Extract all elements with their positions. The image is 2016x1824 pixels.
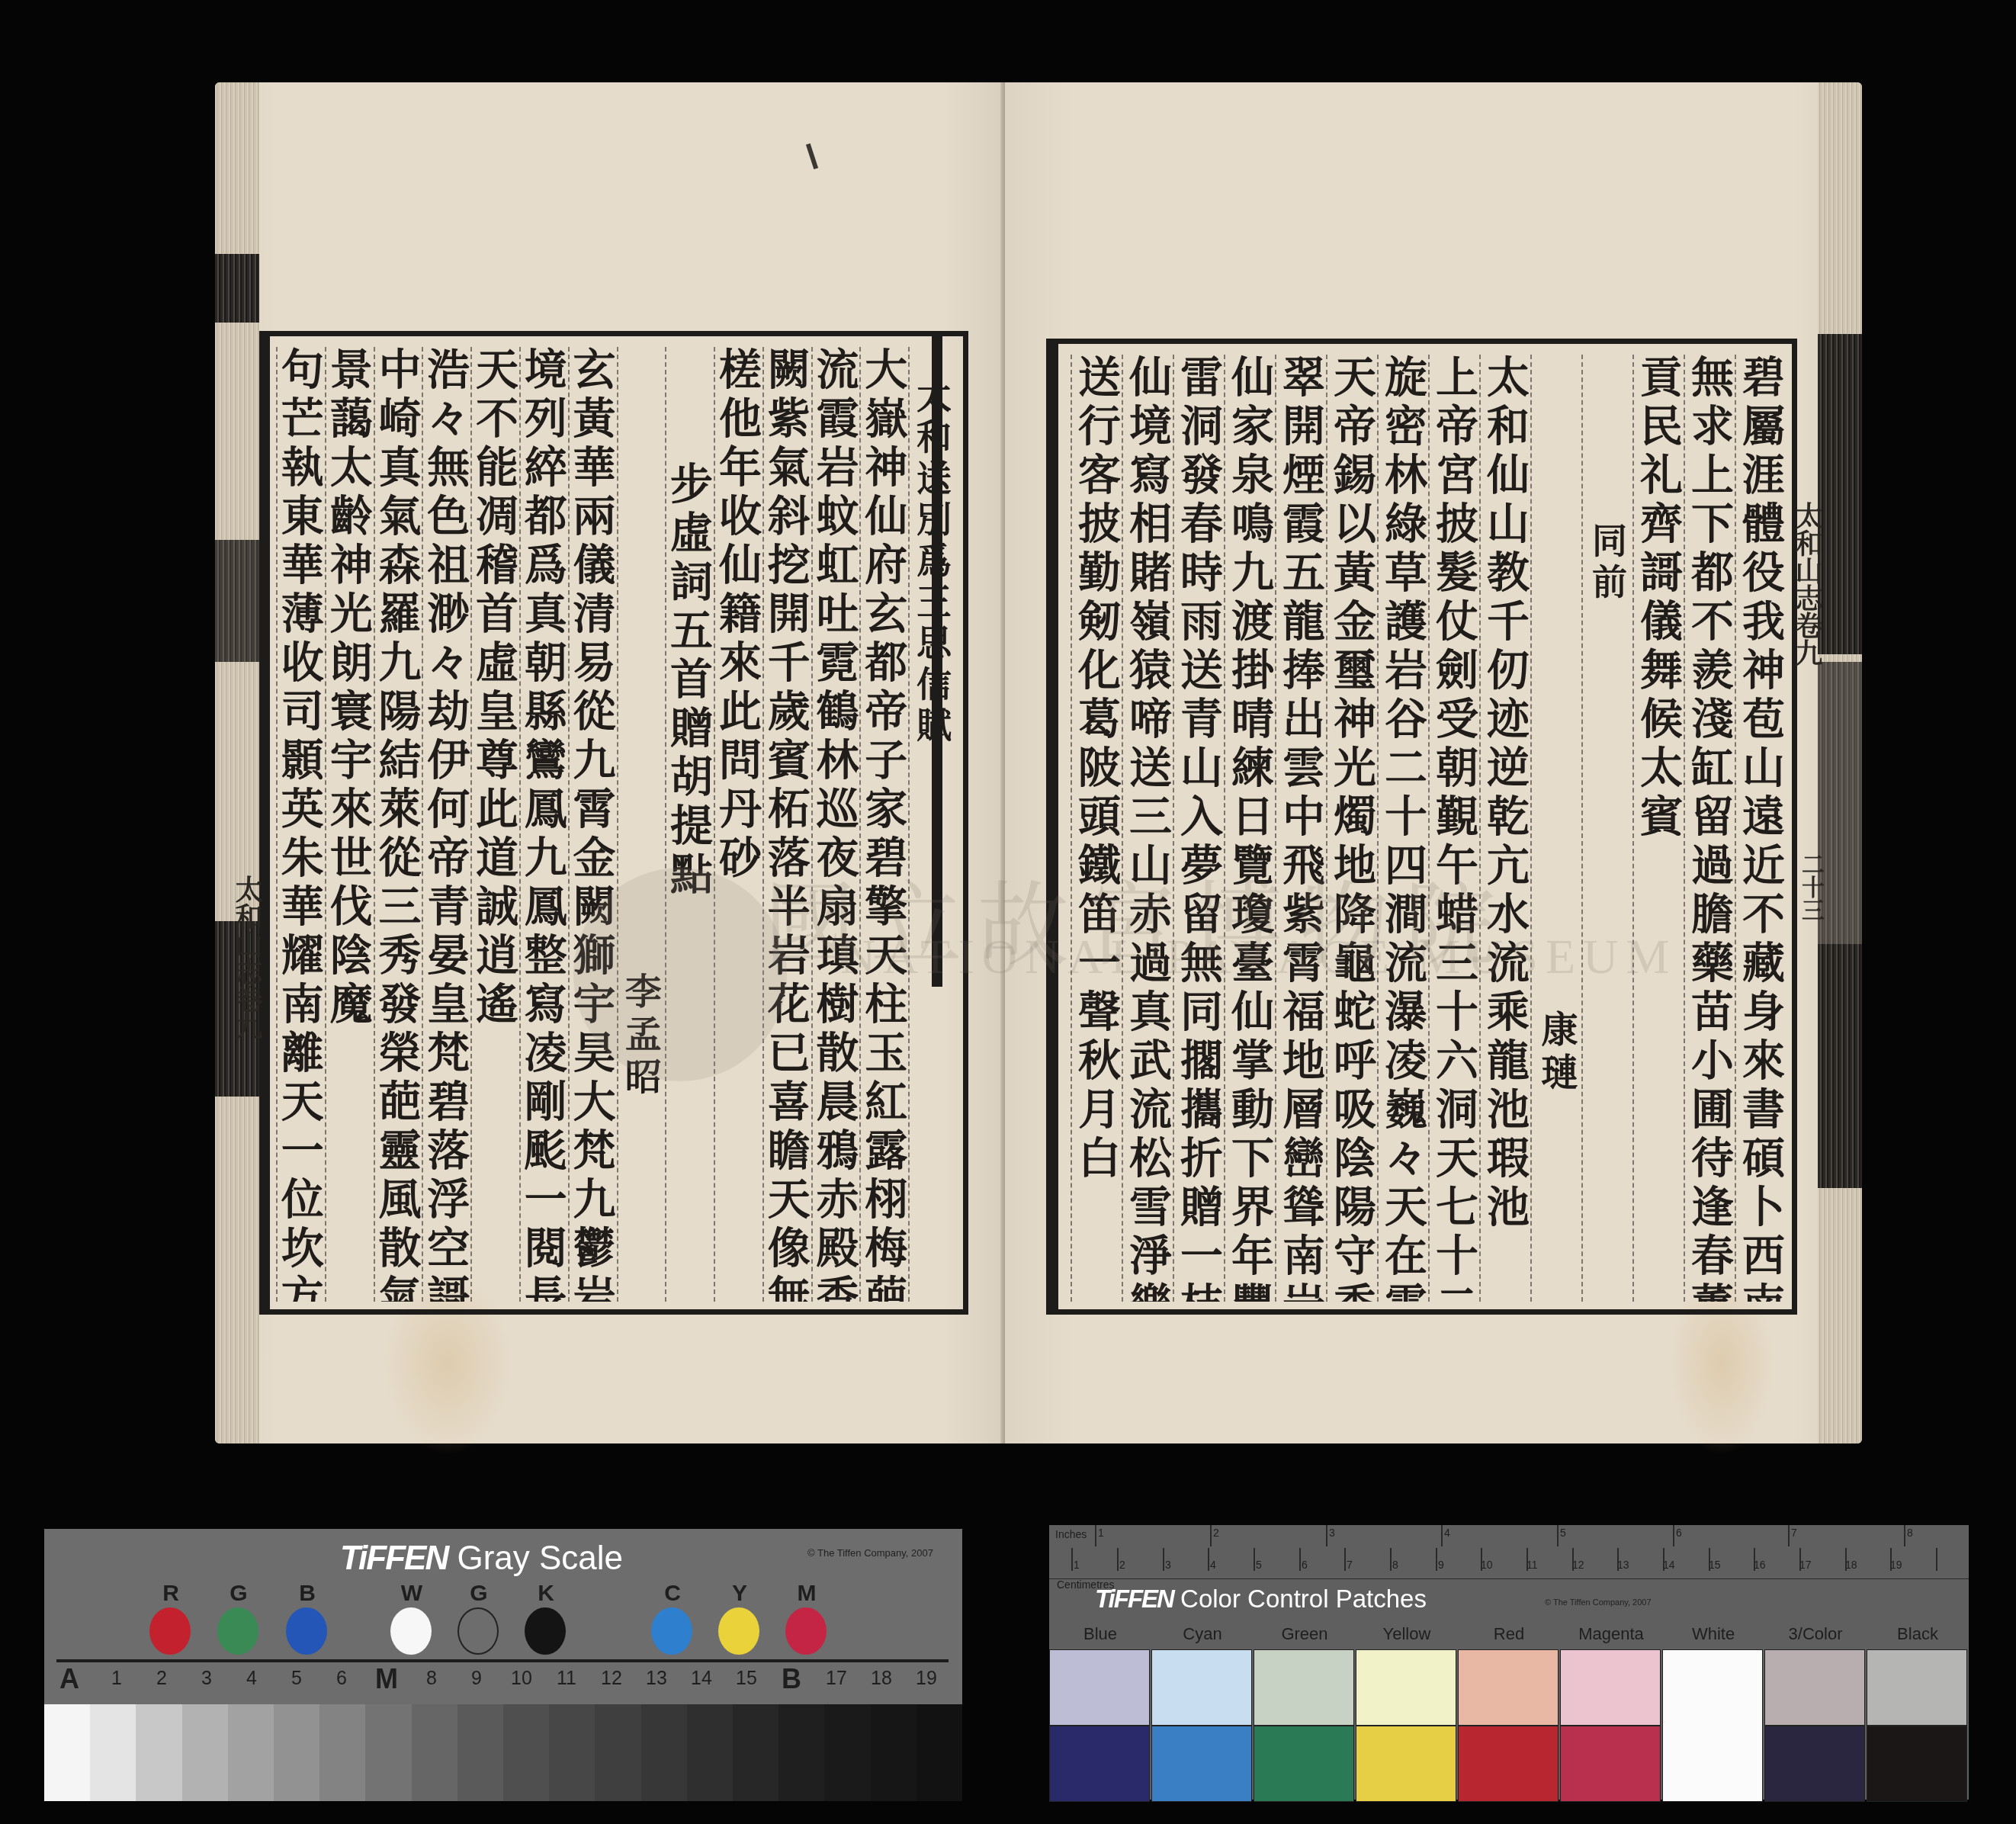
cm-mark: 17 <box>1799 1559 1812 1571</box>
patch-blue-dark <box>1049 1726 1150 1802</box>
text-column: 仙家泉鳴九渡掛晴練日覽瓊臺仙掌動下界年豐百穀登 <box>1224 355 1275 1302</box>
text-column: 無求上下都不羨淺缸留過膽藥苗小圃待逢春薰仙自有 <box>1684 355 1735 1302</box>
patch-yellow-dark <box>1356 1726 1456 1802</box>
step-label: 5 <box>278 1668 316 1690</box>
watermark-english: NATIONAL PALACE MUSEUM <box>840 929 1677 985</box>
dot-label-w: W <box>389 1581 435 1607</box>
author-column: 康璉 <box>1530 355 1581 1302</box>
right-text-frame: 碧屬涯體役我神苞山遠近不藏身來書碩卜西南地結屋 無求上下都不羨淺缸留過膽藥苗小圃… <box>1046 339 1797 1315</box>
step-label: 4 <box>233 1668 271 1690</box>
cm-mark: 2 <box>1119 1559 1125 1571</box>
dot-label-g: G <box>216 1581 262 1607</box>
gray-scale-card: TiFFEN Gray Scale © The Tiffen Company, … <box>44 1529 962 1801</box>
left-banxin-title: 太和山志卷九 <box>213 875 267 1104</box>
red-dot <box>149 1607 191 1655</box>
text-column: 境列綷都爲真朝縣鸞鳳九鳳整寫凌剛颩一閱長生訣後 <box>519 347 568 1302</box>
open-book: 太和送別爲王思信賦 大嶽神仙府玄都帝子家碧擎天柱玉紅露栩梅葩石洞丹 流霞岩蚊虹吐… <box>215 82 1862 1443</box>
tiffen-logo: TiFFEN <box>1095 1585 1173 1613</box>
text-column: 翠開煙霞五龍捧出雲中飛紫霄福地層巒聳南岩削出神 <box>1275 355 1326 1302</box>
step-label: M <box>368 1663 406 1695</box>
inch-mark: 5 <box>1560 1527 1566 1539</box>
cm-mark: 14 <box>1663 1559 1675 1571</box>
cm-mark: 19 <box>1890 1559 1902 1571</box>
green-dot <box>217 1607 258 1655</box>
step-label: 8 <box>413 1668 451 1690</box>
patch-cyan-dark <box>1151 1726 1252 1802</box>
dot-label-c: C <box>650 1581 695 1607</box>
left-page: 太和送別爲王思信賦 大嶽神仙府玄都帝子家碧擎天柱玉紅露栩梅葩石洞丹 流霞岩蚊虹吐… <box>215 82 1005 1443</box>
step-label: 11 <box>547 1668 586 1690</box>
text-column: 浩々無色祖渺々劫伊何帝青晏皇梵碧落浮空謌蕭臺鬱 <box>422 347 470 1302</box>
dot-label-k: K <box>523 1581 569 1607</box>
gray-dot <box>457 1607 499 1655</box>
tiffen-logo: TiFFEN <box>340 1540 448 1577</box>
step-label: 13 <box>637 1668 676 1690</box>
card-title-text: Gray Scale <box>457 1540 623 1577</box>
patch-black-light <box>1867 1649 1967 1726</box>
step-label: 12 <box>592 1668 631 1690</box>
color-control-patches-card: Inches 1 2 3 4 5 6 7 8 1 2 3 4 5 6 7 8 9… <box>1049 1525 1969 1800</box>
cm-mark: 9 <box>1438 1559 1444 1571</box>
text-column: 太和仙山教千仞迹逆乾亢水流乘龍池瑕池 <box>1479 355 1530 1302</box>
inches-label: Inches <box>1055 1528 1087 1540</box>
text-column: 送行客披勤剱化葛陂頭鐵笛一聲秋月白 <box>1071 355 1122 1302</box>
step-label: 1 <box>98 1668 136 1690</box>
text-column: 闕紫氣斜挖開千歲賓柘落半岩花已喜瞻天像無由訪使 <box>762 347 811 1302</box>
cm-mark: 4 <box>1210 1559 1216 1571</box>
step-label: 6 <box>323 1668 361 1690</box>
cm-mark: 3 <box>1165 1559 1171 1571</box>
patch-label-green: Green <box>1254 1624 1356 1644</box>
step-label: 15 <box>727 1668 766 1690</box>
cm-mark: 15 <box>1709 1559 1721 1571</box>
step-label: 14 <box>682 1668 721 1690</box>
copyright-text: © The Tiffen Company, 2007 <box>807 1547 933 1559</box>
inch-mark: 7 <box>1791 1527 1797 1539</box>
text-column: 天不能凋稽首虛皇尊此道誠逍遙 <box>470 347 519 1302</box>
patch-3color-dark <box>1764 1726 1865 1802</box>
dot-label-g2: G <box>456 1581 502 1607</box>
cm-mark: 8 <box>1392 1559 1398 1571</box>
text-column: 碧屬涯體役我神苞山遠近不藏身來書碩卜西南地結屋 <box>1735 355 1786 1302</box>
magenta-dot <box>785 1607 827 1655</box>
black-dot <box>525 1607 566 1655</box>
text-column: 大嶽神仙府玄都帝子家碧擎天柱玉紅露栩梅葩石洞丹 <box>859 347 908 1302</box>
patch-label-white: White <box>1662 1624 1764 1644</box>
right-page: 碧屬涯體役我神苞山遠近不藏身來書碩卜西南地結屋 無求上下都不羨淺缸留過膽藥苗小圃… <box>1005 82 1862 1443</box>
right-leaf-number: 二十三 <box>1774 853 1827 959</box>
watermark-seal <box>573 868 787 1081</box>
cm-mark: 13 <box>1617 1559 1629 1571</box>
text-column: 上帝宮披髮仗劍受朝覲午蜡三十六洞天七十二峯左右 <box>1428 355 1479 1302</box>
left-text-frame: 太和送別爲王思信賦 大嶽神仙府玄都帝子家碧擎天柱玉紅露栩梅葩石洞丹 流霞岩蚊虹吐… <box>259 331 968 1315</box>
text-column: 中崎真氣森羅九陽結萊從三秀發榮葩靈風散氣靄品 <box>374 347 422 1302</box>
divider-line <box>56 1659 949 1662</box>
left-fore-edge <box>215 82 259 1443</box>
text-column: 旋密林綠草護岩谷二十四澗流瀑凌巍々天在雲中見一 <box>1377 355 1428 1302</box>
ruler: Inches 1 2 3 4 5 6 7 8 1 2 3 4 5 6 7 8 9… <box>1049 1525 1969 1579</box>
text-column: 仙境寫相賭嶺猿啼送三山赤過真武流松雪淨樂宮前 <box>1122 355 1173 1302</box>
blue-dot <box>286 1607 327 1655</box>
patch-label-yellow: Yellow <box>1356 1624 1458 1644</box>
cm-mark: 12 <box>1572 1559 1584 1571</box>
text-column: 流霞岩蚊虹吐霓鶴林巡夜扇瑱樹散晨鴉赤殿香風細仙 <box>811 347 860 1302</box>
step-label: 3 <box>188 1668 226 1690</box>
patch-label-magenta: Magenta <box>1560 1624 1662 1644</box>
inch-mark: 4 <box>1444 1527 1450 1539</box>
step-label: 17 <box>817 1668 856 1690</box>
patch-red-dark <box>1458 1726 1559 1802</box>
dot-label-m: M <box>784 1581 830 1607</box>
patch-label-black: Black <box>1867 1624 1969 1644</box>
step-label: 10 <box>502 1668 541 1690</box>
cm-mark: 11 <box>1526 1559 1538 1571</box>
dot-label-r: R <box>148 1581 194 1607</box>
patch-red-light <box>1458 1649 1559 1726</box>
cm-mark: 10 <box>1481 1559 1493 1571</box>
text-column: 天帝錫以黃金璽神光燭地降龜蛇呼吸陰陽守香雲玉霄環 <box>1326 355 1377 1302</box>
text-column: 玄黃華兩儀清易從九霄金闕獅宇昊大梵九鬱岩羌沉九三 <box>568 347 617 1302</box>
patch-3color-light <box>1764 1649 1865 1726</box>
patch-label-blue: Blue <box>1049 1624 1151 1644</box>
dot-label-y: Y <box>717 1581 762 1607</box>
dot-label-b: B <box>284 1581 330 1607</box>
patch-cyan-light <box>1151 1649 1252 1726</box>
patch-green-dark <box>1254 1726 1354 1802</box>
poem-subtitle-column: 同前 <box>1581 355 1632 1302</box>
card-title-text: Color Control Patches <box>1180 1585 1427 1613</box>
copyright-text: © The Tiffen Company, 2007 <box>1545 1598 1652 1607</box>
cm-mark: 16 <box>1754 1559 1766 1571</box>
patch-white <box>1662 1649 1763 1802</box>
patch-magenta-dark <box>1560 1726 1661 1802</box>
text-column: 槎他年收仙籍來此問丹砂 <box>714 347 762 1302</box>
yellow-dot <box>718 1607 759 1655</box>
inch-mark: 8 <box>1907 1527 1913 1539</box>
gray-step-strip <box>44 1704 962 1801</box>
step-label: 19 <box>907 1668 945 1690</box>
ink-speck <box>806 143 818 169</box>
inch-mark: 2 <box>1213 1527 1219 1539</box>
step-label: 18 <box>862 1668 900 1690</box>
cm-mark: 7 <box>1347 1559 1353 1571</box>
cm-mark: 6 <box>1302 1559 1308 1571</box>
cm-mark: 5 <box>1256 1559 1262 1571</box>
patch-label-3color: 3/Color <box>1764 1624 1867 1644</box>
patch-label-cyan: Cyan <box>1151 1624 1254 1644</box>
text-column: 景藹太齡神光朗寰宇來世伐陰魔 <box>325 347 374 1302</box>
patch-yellow-light <box>1356 1649 1456 1726</box>
text-column: 句芒執東華薄收司顥英朱華耀南離天一位坎方中宮時 <box>276 347 325 1302</box>
gray-scale-title: TiFFEN Gray Scale <box>340 1540 623 1578</box>
patch-label-red: Red <box>1458 1624 1560 1644</box>
text-column: 貢民礼齊謌儀舞候太賓 <box>1632 355 1684 1302</box>
text-column: 雷洞發春時雨送青山入夢留無同擱攜折贈一枝新逢來 <box>1173 355 1224 1302</box>
inch-mark: 1 <box>1098 1527 1104 1539</box>
poem-subtitle-column: 步虛詞五首贈胡提點 <box>665 347 714 1302</box>
cyan-dot <box>651 1607 692 1655</box>
patch-magenta-light <box>1560 1649 1661 1726</box>
patch-green-light <box>1254 1649 1354 1726</box>
right-banxin-title: 太和山志卷九 <box>1774 502 1827 822</box>
step-label: 2 <box>143 1668 181 1690</box>
cm-mark: 1 <box>1074 1559 1080 1571</box>
step-label: A <box>50 1663 88 1695</box>
white-dot <box>390 1607 432 1655</box>
inch-mark: 6 <box>1676 1527 1682 1539</box>
step-label: 9 <box>457 1668 496 1690</box>
cm-mark: 18 <box>1845 1559 1857 1571</box>
patch-black-dark <box>1867 1726 1967 1802</box>
step-label: B <box>772 1663 811 1695</box>
inch-mark: 3 <box>1329 1527 1335 1539</box>
patch-blue-light <box>1049 1649 1150 1726</box>
author-column: 李孟昭 <box>617 347 666 1302</box>
color-patches-title: TiFFEN Color Control Patches <box>1095 1585 1427 1614</box>
